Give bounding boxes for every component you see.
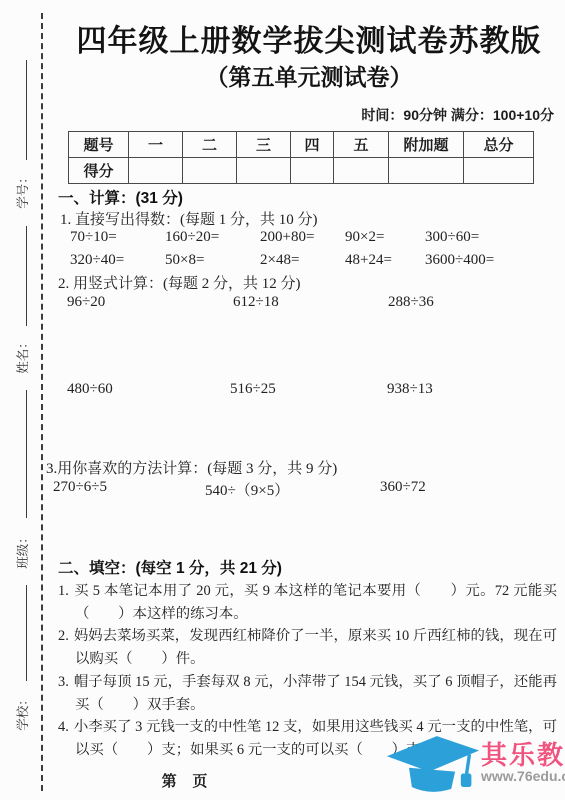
score-row-label: 得分: [69, 158, 129, 184]
expression: 48+24=: [345, 252, 425, 269]
expression: 96÷20: [67, 294, 233, 311]
col-bonus: 附加题: [389, 132, 464, 158]
expression: 200+80=: [260, 229, 345, 246]
expression: 300÷60=: [425, 229, 479, 246]
expression: 938÷13: [387, 381, 433, 398]
score-table-header-row: 题号 一 二 三 四 五 附加题 总分: [69, 132, 534, 158]
question-number: 3.: [58, 674, 69, 690]
fill-question: 3.帽子每顶 15 元，手套每双 8 元，小萍带了 154 元钱，买了 6 顶帽…: [45, 671, 557, 716]
question-number: 4.: [58, 719, 69, 735]
score-table: 题号 一 二 三 四 五 附加题 总分 得分: [68, 131, 534, 184]
q2-label: 2. 用竖式计算：(每题 2 分，共 12 分): [58, 272, 301, 293]
expression: 3600÷400=: [425, 252, 494, 269]
score-cell: [129, 158, 183, 184]
expression: 612÷18: [233, 294, 388, 311]
score-cell: [291, 158, 334, 184]
expression: 516÷25: [230, 381, 387, 398]
expression: 160÷20=: [165, 229, 260, 246]
seal-line-segment: [26, 585, 27, 681]
expression: 360÷72: [380, 479, 426, 500]
q1-expression-row: 70÷10= 160÷20= 200+80= 90×2= 300÷60=: [70, 229, 479, 246]
q1-label: 1. 直接写出得数：(每题 1 分，共 10 分): [60, 208, 318, 229]
score-cell: [237, 158, 291, 184]
fill-question: 2.妈妈去菜场买菜，发现西红柿降价了一半，原来买 10 斤西红柿的钱，现在可以购…: [45, 625, 557, 670]
page-number-label: 第 页: [60, 770, 315, 791]
col-total: 总分: [464, 132, 534, 158]
question-number: 1.: [58, 583, 69, 599]
col-part-1: 一: [129, 132, 183, 158]
col-part-3: 三: [237, 132, 291, 158]
student-id-label: 学号：: [14, 160, 32, 220]
question-text: 帽子每顶 15 元，手套每双 8 元，小萍带了 154 元钱，买了 6 顶帽子，…: [74, 674, 557, 713]
paper-title: 四年级上册数学拔尖测试卷苏教版: [58, 16, 560, 60]
section1-heading: 一、计算：(31 分): [58, 186, 183, 208]
seal-line-segment: [26, 226, 27, 326]
question-number: 2.: [58, 628, 69, 644]
expression: 2×48=: [260, 252, 345, 269]
seal-line-segment: [26, 60, 27, 160]
question-text: 妈妈去菜场买菜，发现西红柿降价了一半，原来买 10 斤西红柿的钱，现在可以购买（…: [74, 628, 557, 667]
q2-expression-row: 96÷20 612÷18 288÷36: [67, 294, 434, 311]
expression: 90×2=: [345, 229, 425, 246]
fill-question: 1.买 5 本笔记本用了 20 元，买 9 本这样的笔记本要用（ ）元。72 元…: [45, 580, 557, 625]
expression: 70÷10=: [70, 229, 165, 246]
score-table-score-row: 得分: [69, 158, 534, 184]
class-label: 班级：: [14, 520, 32, 580]
expression: 320÷40=: [70, 252, 165, 269]
brand-url: www.76edu.com: [481, 768, 565, 784]
expression: 288÷36: [388, 294, 434, 311]
school-label: 学校：: [14, 682, 32, 742]
q3-expression-row: 270÷6÷5 540÷（9×5） 360÷72: [53, 479, 426, 500]
expression: 50×8=: [165, 252, 260, 269]
time-score-info: 时间：90分钟 满分：100+10分: [60, 105, 554, 125]
q2-expression-row: 480÷60 516÷25 938÷13: [67, 381, 433, 398]
section2-heading: 二、填空：(每空 1 分，共 21 分): [58, 556, 282, 578]
q1-expression-row: 320÷40= 50×8= 2×48= 48+24= 3600÷400=: [70, 252, 494, 269]
col-question-number: 题号: [69, 132, 129, 158]
score-cell: [334, 158, 389, 184]
q3-label: 3.用你喜欢的方法计算：(每题 3 分，共 9 分): [46, 457, 337, 478]
seal-line-segment: [26, 390, 27, 518]
question-text: 买 5 本笔记本用了 20 元，买 9 本这样的笔记本要用（ ）元。72 元能买…: [74, 583, 557, 622]
score-cell: [183, 158, 237, 184]
graduation-cap-icon: [385, 729, 481, 795]
seal-dashed-line: [41, 13, 43, 791]
brand-name: 其乐教育: [481, 735, 565, 772]
expression: 540÷（9×5）: [205, 479, 380, 500]
col-part-5: 五: [334, 132, 389, 158]
col-part-2: 二: [183, 132, 237, 158]
score-cell: [464, 158, 534, 184]
paper-subtitle: （第五单元测试卷）: [58, 59, 560, 92]
expression: 480÷60: [67, 381, 230, 398]
test-paper-page: 学号： 姓名： 班级： 学校： 四年级上册数学拔尖测试卷苏教版 （第五单元测试卷…: [0, 0, 565, 800]
student-name-label: 姓名：: [14, 325, 32, 385]
expression: 270÷6÷5: [53, 479, 205, 500]
score-cell: [389, 158, 464, 184]
col-part-4: 四: [291, 132, 334, 158]
